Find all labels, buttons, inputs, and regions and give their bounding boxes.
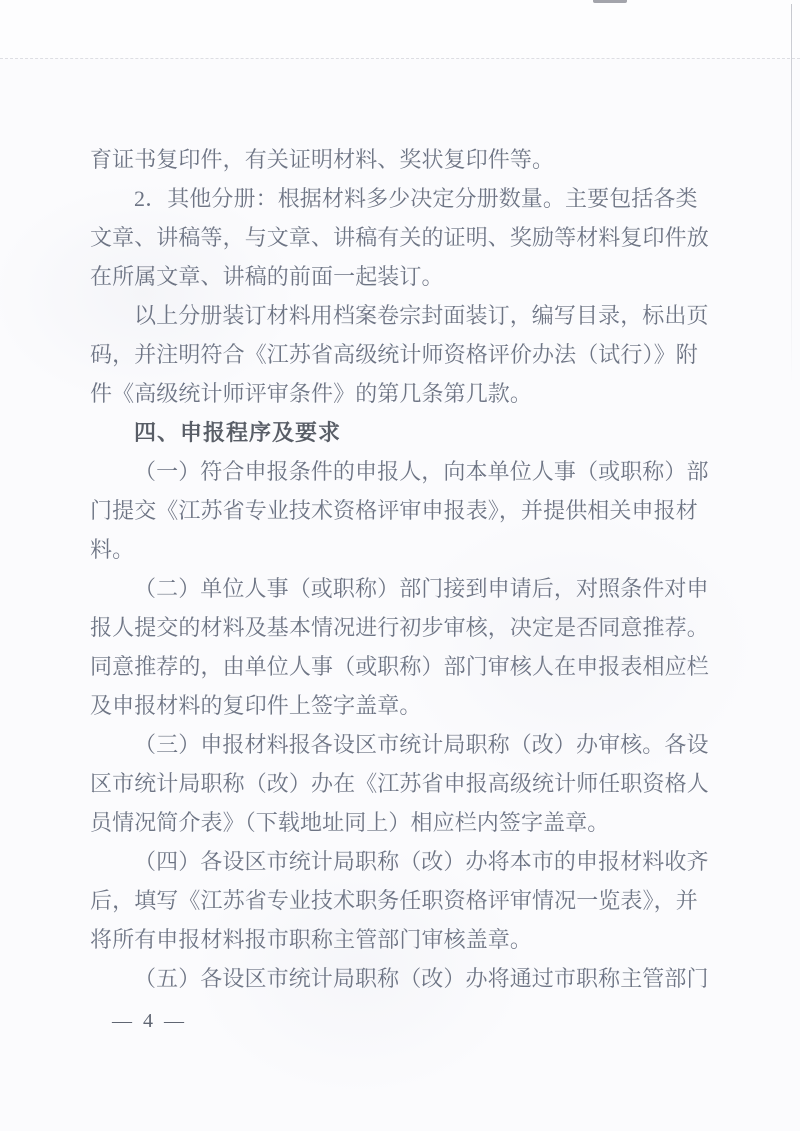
text-line: 后，填写《江苏省专业技术职务任职资格评审情况一览表》，并 [90, 881, 714, 920]
text-line: （三）申报材料报各设区市统计局职称（改）办审核。各设 [90, 725, 714, 764]
page-top-edge [0, 0, 800, 59]
scan-artifact-notch [593, 0, 627, 3]
text-line: 2．其他分册：根据材料多少决定分册数量。主要包括各类 [90, 179, 714, 218]
page-right-edge [791, 4, 792, 384]
section-heading: 四、申报程序及要求 [90, 413, 714, 452]
text-line: （二）单位人事（或职称）部门接到申请后，对照条件对申 [90, 569, 714, 608]
text-line: 以上分册装订材料用档案卷宗封面装订，编写目录，标出页 [90, 296, 714, 335]
page-number: — 4 — [112, 1006, 187, 1036]
text-line: 将所有申报材料报市职称主管部门审核盖章。 [90, 920, 714, 959]
text-line: 文章、讲稿等，与文章、讲稿有关的证明、奖励等材料复印件放 [90, 218, 714, 257]
text-line: 门提交《江苏省专业技术资格评审申报表》，并提供相关申报材 [90, 491, 714, 530]
text-line: 同意推荐的，由单位人事（或职称）部门审核人在申报表相应栏 [90, 647, 714, 686]
text-line: （五）各设区市统计局职称（改）办将通过市职称主管部门 [90, 959, 714, 998]
text-line: 报人提交的材料及基本情况进行初步审核，决定是否同意推荐。 [90, 608, 714, 647]
text-line: （四）各设区市统计局职称（改）办将本市的申报材料收齐 [90, 842, 714, 881]
text-line: 员情况简介表》（下载地址同上）相应栏内签字盖章。 [90, 803, 714, 842]
text-line: 育证书复印件，有关证明材料、奖状复印件等。 [90, 140, 714, 179]
text-line: 在所属文章、讲稿的前面一起装订。 [90, 257, 714, 296]
text-line: 区市统计局职称（改）办在《江苏省申报高级统计师任职资格人 [90, 764, 714, 803]
text-line: 码，并注明符合《江苏省高级统计师资格评价办法（试行）》附 [90, 335, 714, 374]
text-line: 及申报材料的复印件上签字盖章。 [90, 686, 714, 725]
document-body: 育证书复印件，有关证明材料、奖状复印件等。2．其他分册：根据材料多少决定分册数量… [90, 140, 714, 998]
text-line: （一）符合申报条件的申报人，向本单位人事（或职称）部 [90, 452, 714, 491]
scanned-document-page: 育证书复印件，有关证明材料、奖状复印件等。2．其他分册：根据材料多少决定分册数量… [0, 0, 800, 1131]
text-line: 料。 [90, 530, 714, 569]
text-line: 件《高级统计师评审条件》的第几条第几款。 [90, 374, 714, 413]
